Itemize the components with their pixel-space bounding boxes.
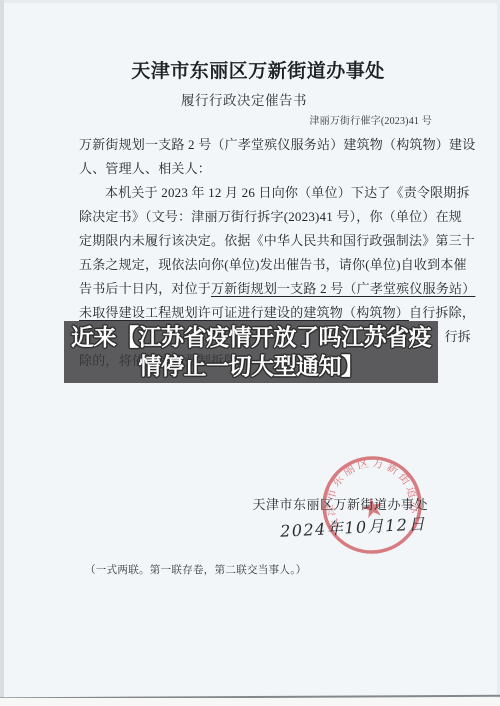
caption-line2: 情停止一切大型通知】 <box>139 352 364 381</box>
text-segment: 未取得建设工程规划许可证进行建设的建筑物（构筑物） <box>79 305 409 320</box>
text-segment: 五条之规定，现依法向你(单位)发出催告书，请你(单位)自收到本催 <box>79 257 467 272</box>
text-segment: 定期限内未履行该决定。依据《中华人民共和国行政强制法》第三十 <box>79 233 475 248</box>
caption-overlay: 近来【江苏省疫情开放了吗江苏省疫 情停止一切大型通知】 <box>64 321 438 383</box>
text-segment: 人、管理人、相关人： <box>79 161 211 176</box>
document-line: 除决定书》（文号：津丽万街行拆字(2023)41 号），你（单位）在规 <box>79 205 471 229</box>
document-line: 万新街规划一支路 2 号（广孝堂殡仪服务站）建筑物（构筑物）建设 <box>79 133 471 157</box>
signature-office-name: 天津市东丽区万新街道办事处 <box>252 494 428 513</box>
scanned-document-page: 天津市东丽区万新街道办事处 履行行政决定催告书 津丽万街行催字(2023)41 … <box>0 0 500 706</box>
issuing-office-title: 天津市东丽区万新街道办事处 <box>8 56 500 83</box>
text-segment: 本机关于 2023 年 12 月 26 日向你（单位）下达了《责令限期拆 <box>105 185 470 200</box>
copies-distribution-note: （一式两联。第一联存卷，第二联交当事人。） <box>85 562 307 577</box>
text-segment: 万新街规划一支路 2 号（广孝堂殡仪服务站） <box>211 281 475 296</box>
document-line: 定期限内未履行该决定。依据《中华人民共和国行政强制法》第三十 <box>79 229 471 253</box>
document-line: 人、管理人、相关人： <box>79 157 471 181</box>
caption-line1: 近来【江苏省疫情开放了吗江苏省疫 <box>71 323 431 352</box>
document-line: 五条之规定，现依法向你(单位)发出催告书，请你(单位)自收到本催 <box>79 253 471 277</box>
text-segment: 除决定书》（文号：津丽万街行拆字(2023)41 号），你（单位）在规 <box>79 209 462 224</box>
text-segment: 万新街规划一支路 2 号（广孝堂殡仪服务站）建筑物（构筑物）建设 <box>79 137 475 152</box>
document-title: 履行行政决定催告书 <box>0 89 494 109</box>
document-line: 本机关于 2023 年 12 月 26 日向你（单位）下达了《责令限期拆 <box>79 181 471 205</box>
scan-bottom-margin <box>0 698 500 706</box>
text-segment: 行拆 <box>445 325 471 349</box>
scan-edge-top <box>0 0 500 3</box>
document-number: 津丽万街行催字(2023)41 号 <box>309 112 432 127</box>
document-line: 告书后十日内，对位于万新街规划一支路 2 号（广孝堂殡仪服务站） <box>79 277 471 301</box>
text-segment: 自行拆除， <box>409 305 475 320</box>
text-segment: 告书后十日内，对位于 <box>79 281 211 296</box>
